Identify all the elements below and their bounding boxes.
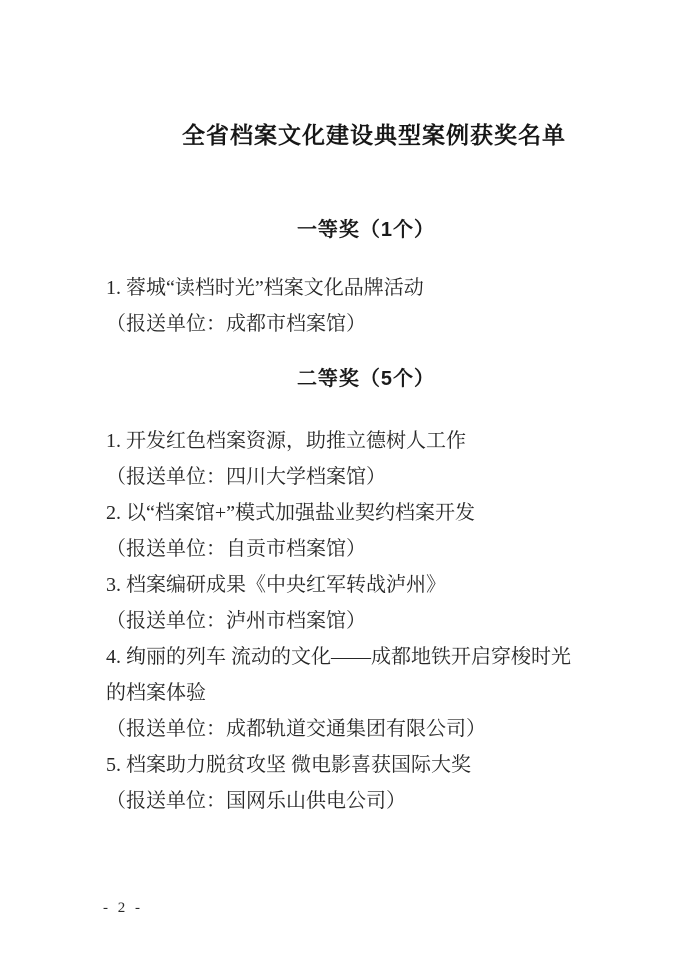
- award-item-unit: （报送单位：泸州市档案馆）: [106, 603, 584, 639]
- document-page: 全省档案文化建设典型案例获奖名单 一等奖（1个） 1. 蓉城“读档时光”档案文化…: [0, 0, 700, 955]
- section-heading-first-prize: 一等奖（1个）: [16, 212, 700, 248]
- award-item-title: 4. 绚丽的列车 流动的文化——成都地铁开启穿梭时光的档案体验: [106, 639, 584, 711]
- second-prize-item-list: 1. 开发红色档案资源，助推立德树人工作 （报送单位：四川大学档案馆） 2. 以…: [106, 423, 584, 819]
- award-item-unit: （报送单位：成都市档案馆）: [106, 306, 584, 342]
- award-item-unit: （报送单位：成都轨道交通集团有限公司）: [106, 711, 584, 747]
- award-item-title: 2. 以“档案馆+”模式加强盐业契约档案开发: [106, 495, 584, 531]
- award-item-unit: （报送单位：国网乐山供电公司）: [106, 783, 584, 819]
- award-item-title: 1. 开发红色档案资源，助推立德树人工作: [106, 423, 584, 459]
- page-number: - 2 -: [103, 898, 143, 918]
- award-item-title: 3. 档案编研成果《中央红军转战泸州》: [106, 567, 584, 603]
- award-item-title: 1. 蓉城“读档时光”档案文化品牌活动: [106, 270, 584, 306]
- award-item-unit: （报送单位：自贡市档案馆）: [106, 531, 584, 567]
- award-item-unit: （报送单位：四川大学档案馆）: [106, 459, 584, 495]
- section-heading-second-prize: 二等奖（5个）: [16, 361, 700, 397]
- document-title: 全省档案文化建设典型案例获奖名单: [24, 119, 700, 151]
- award-item-title: 5. 档案助力脱贫攻坚 微电影喜获国际大奖: [106, 747, 584, 783]
- first-prize-item-list: 1. 蓉城“读档时光”档案文化品牌活动 （报送单位：成都市档案馆）: [106, 270, 584, 342]
